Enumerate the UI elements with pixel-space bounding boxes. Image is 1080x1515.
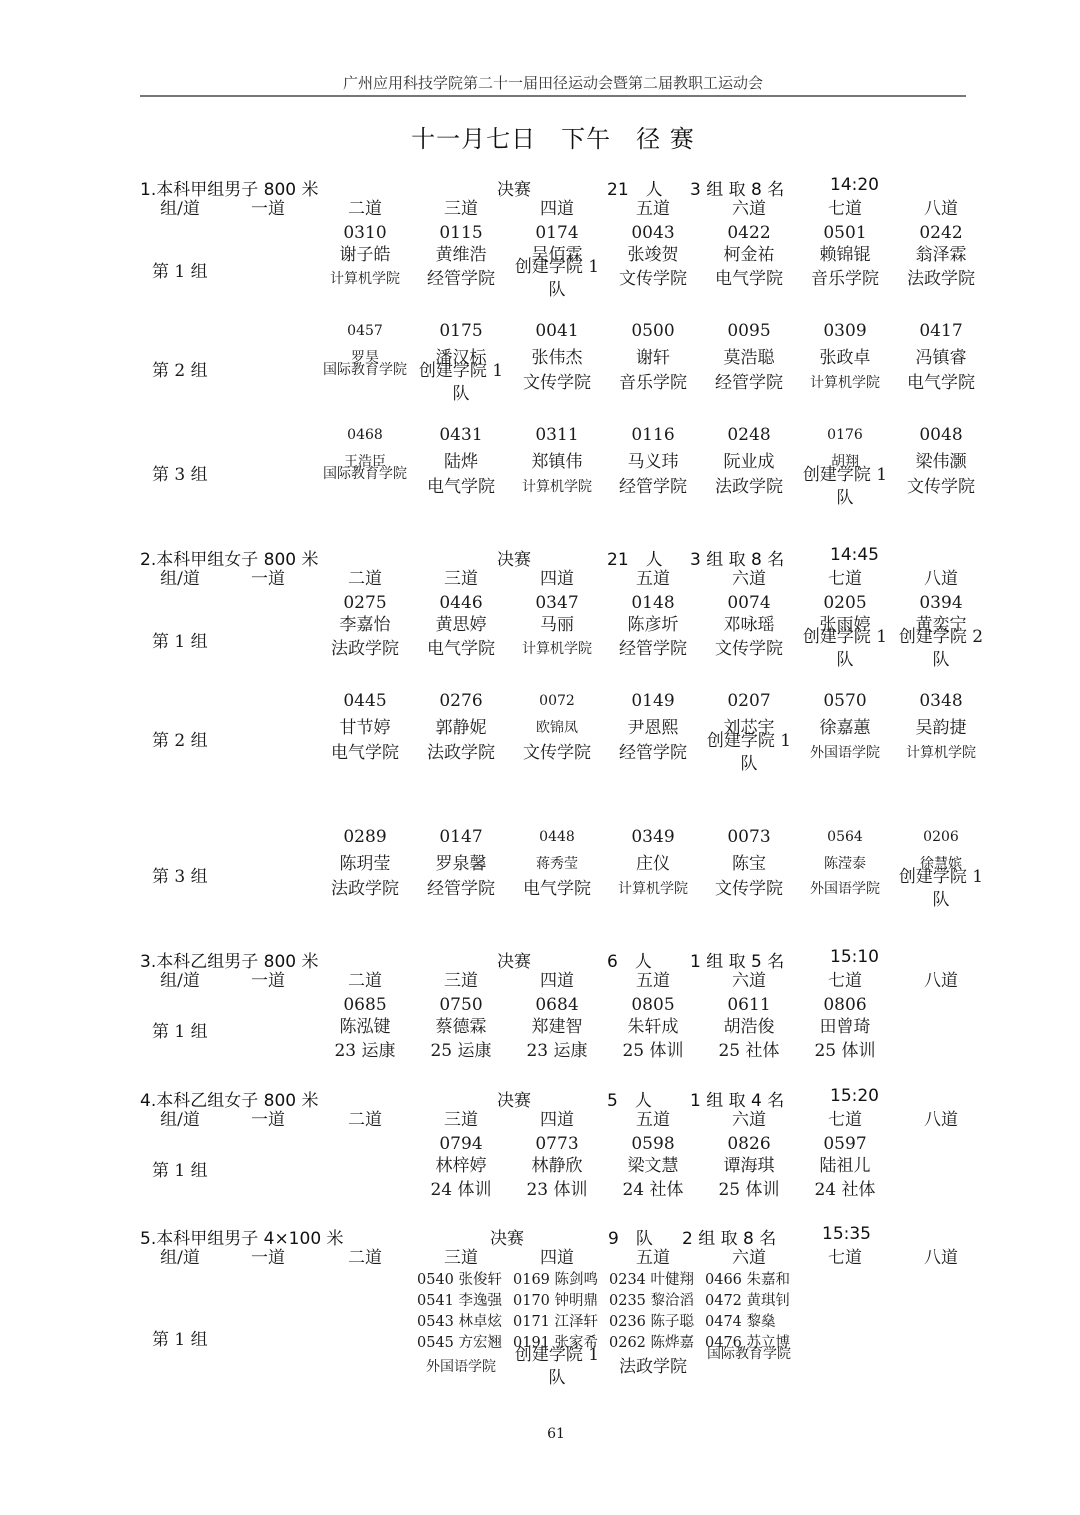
athlete-bib: 0445 — [343, 690, 386, 712]
athlete-name: 陈泓键 — [340, 1016, 391, 1038]
relay-member: 0236 陈子聪 — [609, 1312, 694, 1333]
relay-member: 0472 黄琪钊 — [705, 1291, 790, 1312]
lane-header: 三道 — [444, 1109, 478, 1131]
lane-header: 六道 — [732, 970, 766, 992]
relay-member: 0170 钟明鼎 — [513, 1291, 598, 1312]
athlete-bib: 0598 — [631, 1133, 674, 1155]
athlete-name: 欧锦凤 — [536, 717, 578, 739]
athlete-unit: 创建学院 1 队 — [800, 626, 890, 672]
athlete-name: 梁文慧 — [628, 1155, 679, 1177]
athlete-unit: 文传学院 — [715, 638, 783, 660]
athlete-name: 陈滢泰 — [824, 853, 866, 875]
athlete-name: 陈玥莹 — [340, 853, 391, 875]
athlete-name: 邓咏瑶 — [724, 614, 775, 636]
lane-header: 七道 — [828, 198, 862, 220]
athlete-bib: 0309 — [823, 320, 866, 342]
lane-header: 二道 — [348, 1109, 382, 1131]
event-groups-advance: 3 组 取 8 名 — [690, 545, 784, 570]
athlete-name: 陈宝 — [732, 853, 766, 875]
lane-header: 组/道 — [160, 1247, 200, 1269]
event-title: 1.本科甲组男子 800 米 — [140, 175, 318, 200]
athlete-name: 冯镇睿 — [916, 347, 967, 369]
athlete-unit: 电气学院 — [427, 476, 495, 498]
event-entrant-count: 6 人 — [607, 947, 652, 972]
event-groups-advance: 1 组 取 5 名 — [690, 947, 784, 972]
athlete-unit: 经管学院 — [427, 268, 495, 290]
athlete-unit: 法政学院 — [907, 268, 975, 290]
athlete-unit: 24 体训 — [430, 1179, 491, 1201]
group-label: 第 3 组 — [152, 460, 208, 485]
lane-header: 一道 — [251, 970, 285, 992]
lane-header: 一道 — [251, 1247, 285, 1269]
lane-header: 六道 — [732, 1109, 766, 1131]
lane-header: 二道 — [348, 970, 382, 992]
athlete-name: 林梓婷 — [436, 1155, 487, 1177]
lane-header: 四道 — [540, 1109, 574, 1131]
relay-team-unit: 外国语学院 — [426, 1356, 496, 1378]
event-entrant-count: 21 人 — [607, 175, 663, 200]
athlete-bib: 0095 — [727, 320, 770, 342]
athlete-bib: 0048 — [919, 424, 962, 446]
relay-member: 0543 林卓炫 — [417, 1312, 502, 1333]
athlete-bib: 0347 — [535, 592, 578, 614]
athlete-name: 阮业成 — [724, 451, 775, 473]
athlete-bib: 0207 — [727, 690, 770, 712]
page-title: 十一月七日 下午 径 赛 — [0, 119, 1080, 154]
event-round: 决赛 — [497, 545, 531, 570]
athlete-unit: 经管学院 — [427, 878, 495, 900]
event-start-time: 15:10 — [830, 947, 879, 967]
athlete-unit: 创建学院 1 队 — [800, 464, 890, 510]
athlete-bib: 0750 — [439, 994, 482, 1016]
athlete-bib: 0311 — [535, 424, 578, 446]
athlete-unit: 23 运康 — [526, 1040, 587, 1062]
lane-header: 四道 — [540, 198, 574, 220]
athlete-name: 蔡德霖 — [436, 1016, 487, 1038]
lane-header: 七道 — [828, 1109, 862, 1131]
athlete-unit: 电气学院 — [715, 268, 783, 290]
athlete-bib: 0500 — [631, 320, 674, 342]
group-label: 第 1 组 — [152, 627, 208, 652]
athlete-bib: 0275 — [343, 592, 386, 614]
relay-team-unit: 法政学院 — [619, 1356, 687, 1378]
athlete-bib: 0446 — [439, 592, 482, 614]
athlete-unit: 电气学院 — [523, 878, 591, 900]
lane-header: 八道 — [924, 568, 958, 590]
athlete-unit: 25 社体 — [718, 1040, 779, 1062]
athlete-unit: 国际教育学院 — [323, 464, 407, 485]
athlete-unit: 23 运康 — [334, 1040, 395, 1062]
athlete-unit: 创建学院 2 队 — [896, 626, 986, 672]
athlete-bib: 0276 — [439, 690, 482, 712]
event-round: 决赛 — [497, 947, 531, 972]
athlete-unit: 计算机学院 — [618, 878, 688, 900]
athlete-unit: 经管学院 — [715, 372, 783, 394]
lane-header: 二道 — [348, 568, 382, 590]
relay-team-unit: 创建学院 1 队 — [512, 1344, 602, 1390]
group-label: 第 1 组 — [152, 1325, 208, 1350]
event-start-time: 15:35 — [822, 1224, 871, 1244]
athlete-name: 罗泉馨 — [436, 853, 487, 875]
athlete-bib: 0248 — [727, 424, 770, 446]
athlete-name: 郭静妮 — [436, 717, 487, 739]
lane-header: 八道 — [924, 198, 958, 220]
lane-header: 组/道 — [160, 198, 200, 220]
event-title: 2.本科甲组女子 800 米 — [140, 545, 318, 570]
athlete-name: 张竣贺 — [628, 244, 679, 266]
athlete-bib: 0205 — [823, 592, 866, 614]
event-title: 5.本科甲组男子 4×100 米 — [140, 1224, 344, 1249]
lane-header: 七道 — [828, 568, 862, 590]
athlete-unit: 文传学院 — [619, 268, 687, 290]
lane-header: 五道 — [636, 568, 670, 590]
athlete-bib: 0242 — [919, 222, 962, 244]
athlete-name: 赖锦锟 — [820, 244, 871, 266]
relay-member: 0234 叶健翔 — [609, 1270, 694, 1291]
athlete-bib: 0289 — [343, 826, 386, 848]
athlete-name: 郑镇伟 — [532, 451, 583, 473]
relay-member: 0545 方宏翘 — [417, 1333, 502, 1354]
athlete-bib: 0206 — [923, 826, 959, 848]
athlete-name: 马义玮 — [628, 451, 679, 473]
relay-member: 0171 江泽轩 — [513, 1312, 598, 1333]
athlete-name: 谢轩 — [636, 347, 670, 369]
athlete-bib: 0043 — [631, 222, 674, 244]
athlete-unit: 文传学院 — [715, 878, 783, 900]
athlete-unit: 文传学院 — [907, 476, 975, 498]
lane-header: 三道 — [444, 568, 478, 590]
athlete-unit: 创建学院 1 队 — [896, 866, 986, 912]
event-round: 决赛 — [497, 175, 531, 200]
event-start-time: 15:20 — [830, 1086, 879, 1106]
athlete-name: 甘节婷 — [340, 717, 391, 739]
relay-member: 0474 黎燊 — [705, 1312, 776, 1333]
lane-header: 四道 — [540, 970, 574, 992]
athlete-unit: 法政学院 — [331, 878, 399, 900]
athlete-bib: 0826 — [727, 1133, 770, 1155]
athlete-name: 梁伟灏 — [916, 451, 967, 473]
athlete-unit: 计算机学院 — [330, 268, 400, 290]
lane-header: 五道 — [636, 1109, 670, 1131]
event-entrant-count: 5 人 — [607, 1086, 652, 1111]
athlete-unit: 经管学院 — [619, 476, 687, 498]
athlete-bib: 0457 — [347, 320, 383, 342]
athlete-name: 吴韵捷 — [916, 717, 967, 739]
athlete-name: 谢子皓 — [340, 244, 391, 266]
athlete-bib: 0074 — [727, 592, 770, 614]
athlete-unit: 创建学院 1 队 — [512, 256, 602, 302]
group-label: 第 2 组 — [152, 726, 208, 751]
athlete-name: 莫浩聪 — [724, 347, 775, 369]
athlete-name: 翁泽霖 — [916, 244, 967, 266]
athlete-unit: 电气学院 — [907, 372, 975, 394]
athlete-unit: 音乐学院 — [619, 372, 687, 394]
lane-header: 五道 — [636, 970, 670, 992]
event-start-time: 14:20 — [830, 175, 879, 195]
lane-header: 组/道 — [160, 1109, 200, 1131]
lane-header: 一道 — [251, 568, 285, 590]
athlete-unit: 创建学院 1 队 — [704, 730, 794, 776]
athlete-unit: 法政学院 — [427, 742, 495, 764]
lane-header: 六道 — [732, 568, 766, 590]
page-number: 61 — [0, 1426, 1080, 1442]
group-label: 第 1 组 — [152, 1017, 208, 1042]
group-label: 第 1 组 — [152, 257, 208, 282]
lane-header: 八道 — [924, 970, 958, 992]
athlete-bib: 0073 — [727, 826, 770, 848]
athlete-bib: 0805 — [631, 994, 674, 1016]
athlete-unit: 国际教育学院 — [323, 360, 407, 381]
athlete-unit: 音乐学院 — [811, 268, 879, 290]
event-entrant-count: 9 队 — [608, 1224, 653, 1249]
event-round: 决赛 — [497, 1086, 531, 1111]
athlete-name: 柯金祐 — [724, 244, 775, 266]
athlete-bib: 0417 — [919, 320, 962, 342]
athlete-unit: 创建学院 1 队 — [416, 360, 506, 406]
athlete-bib: 0115 — [439, 222, 482, 244]
athlete-bib: 0448 — [539, 826, 575, 848]
header-divider — [140, 95, 966, 97]
athlete-unit: 外国语学院 — [810, 878, 880, 900]
athlete-name: 林静欣 — [532, 1155, 583, 1177]
relay-member: 0541 李逸强 — [417, 1291, 502, 1312]
athlete-bib: 0570 — [823, 690, 866, 712]
lane-header: 四道 — [540, 568, 574, 590]
event-title: 3.本科乙组男子 800 米 — [140, 947, 318, 972]
athlete-unit: 经管学院 — [619, 638, 687, 660]
lane-header: 三道 — [444, 970, 478, 992]
group-label: 第 2 组 — [152, 356, 208, 381]
athlete-bib: 0175 — [439, 320, 482, 342]
athlete-bib: 0611 — [727, 994, 770, 1016]
athlete-bib: 0148 — [631, 592, 674, 614]
athlete-bib: 0422 — [727, 222, 770, 244]
athlete-name: 尹恩熙 — [628, 717, 679, 739]
athlete-unit: 23 体训 — [526, 1179, 587, 1201]
athlete-unit: 计算机学院 — [522, 638, 592, 660]
lane-header: 六道 — [732, 198, 766, 220]
athlete-unit: 文传学院 — [523, 742, 591, 764]
athlete-bib: 0431 — [439, 424, 482, 446]
relay-team-unit: 国际教育学院 — [707, 1344, 791, 1365]
lane-header: 五道 — [636, 1247, 670, 1269]
event-entrant-count: 21 人 — [607, 545, 663, 570]
athlete-bib: 0174 — [535, 222, 578, 244]
athlete-name: 黄维浩 — [436, 244, 487, 266]
athlete-unit: 计算机学院 — [522, 476, 592, 498]
athlete-bib: 0176 — [827, 424, 863, 446]
athlete-unit: 25 体训 — [622, 1040, 683, 1062]
athlete-bib: 0564 — [827, 826, 863, 848]
athlete-unit: 计算机学院 — [810, 372, 880, 394]
lane-header: 三道 — [444, 1247, 478, 1269]
relay-member: 0262 陈烨嘉 — [609, 1333, 694, 1354]
lane-header: 三道 — [444, 198, 478, 220]
relay-member: 0235 黎洽滔 — [609, 1291, 694, 1312]
athlete-name: 朱轩成 — [628, 1016, 679, 1038]
athlete-unit: 25 体训 — [718, 1179, 779, 1201]
athlete-name: 徐嘉蕙 — [820, 717, 871, 739]
lane-header: 一道 — [251, 1109, 285, 1131]
athlete-unit: 24 社体 — [814, 1179, 875, 1201]
event-groups-advance: 1 组 取 4 名 — [690, 1086, 784, 1111]
athlete-bib: 0041 — [535, 320, 578, 342]
athlete-bib: 0501 — [823, 222, 866, 244]
athlete-unit: 24 社体 — [622, 1179, 683, 1201]
lane-header: 组/道 — [160, 970, 200, 992]
athlete-name: 郑建智 — [532, 1016, 583, 1038]
athlete-name: 田曾琦 — [820, 1016, 871, 1038]
relay-member: 0466 朱嘉和 — [705, 1270, 790, 1291]
athlete-name: 谭海琪 — [724, 1155, 775, 1177]
athlete-bib: 0684 — [535, 994, 578, 1016]
athlete-bib: 0794 — [439, 1133, 482, 1155]
lane-header: 二道 — [348, 198, 382, 220]
athlete-bib: 0147 — [439, 826, 482, 848]
lane-header: 二道 — [348, 1247, 382, 1269]
athlete-name: 陆祖儿 — [820, 1155, 871, 1177]
athlete-unit: 电气学院 — [427, 638, 495, 660]
group-label: 第 1 组 — [152, 1156, 208, 1181]
athlete-unit: 文传学院 — [523, 372, 591, 394]
athlete-bib: 0349 — [631, 826, 674, 848]
athlete-name: 胡浩俊 — [724, 1016, 775, 1038]
athlete-unit: 经管学院 — [619, 742, 687, 764]
event-start-time: 14:45 — [830, 545, 879, 565]
athlete-bib: 0597 — [823, 1133, 866, 1155]
event-title: 4.本科乙组女子 800 米 — [140, 1086, 318, 1111]
document-header-title: 广州应用科技学院第二十一届田径运动会暨第二届教职工运动会 — [0, 72, 1080, 93]
lane-header: 组/道 — [160, 568, 200, 590]
athlete-bib: 0348 — [919, 690, 962, 712]
athlete-unit: 电气学院 — [331, 742, 399, 764]
athlete-unit: 计算机学院 — [906, 742, 976, 764]
lane-header: 八道 — [924, 1109, 958, 1131]
athlete-bib: 0072 — [539, 690, 575, 712]
athlete-bib: 0149 — [631, 690, 674, 712]
event-groups-advance: 2 组 取 8 名 — [682, 1224, 776, 1249]
athlete-unit: 法政学院 — [715, 476, 783, 498]
athlete-bib: 0468 — [347, 424, 383, 446]
lane-header: 七道 — [828, 970, 862, 992]
event-round: 决赛 — [490, 1224, 524, 1249]
athlete-bib: 0773 — [535, 1133, 578, 1155]
lane-header: 一道 — [251, 198, 285, 220]
athlete-name: 庄仪 — [636, 853, 670, 875]
athlete-unit: 外国语学院 — [810, 742, 880, 764]
relay-member: 0540 张俊轩 — [417, 1270, 502, 1291]
athlete-name: 黄思婷 — [436, 614, 487, 636]
athlete-bib: 0806 — [823, 994, 866, 1016]
athlete-bib: 0685 — [343, 994, 386, 1016]
group-label: 第 3 组 — [152, 862, 208, 887]
athlete-name: 马丽 — [540, 614, 574, 636]
athlete-unit: 法政学院 — [331, 638, 399, 660]
lane-header: 七道 — [828, 1247, 862, 1269]
relay-member: 0169 陈剑鸣 — [513, 1270, 598, 1291]
athlete-unit: 25 体训 — [814, 1040, 875, 1062]
athlete-bib: 0310 — [343, 222, 386, 244]
lane-header: 四道 — [540, 1247, 574, 1269]
athlete-bib: 0116 — [631, 424, 674, 446]
athlete-name: 张伟杰 — [532, 347, 583, 369]
athlete-name: 李嘉怡 — [340, 614, 391, 636]
lane-header: 五道 — [636, 198, 670, 220]
event-groups-advance: 3 组 取 8 名 — [690, 175, 784, 200]
athlete-name: 陆烨 — [444, 451, 478, 473]
athlete-bib: 0394 — [919, 592, 962, 614]
lane-header: 八道 — [924, 1247, 958, 1269]
athlete-name: 陈彦圻 — [628, 614, 679, 636]
athlete-unit: 25 运康 — [430, 1040, 491, 1062]
lane-header: 六道 — [732, 1247, 766, 1269]
athlete-name: 蒋秀莹 — [536, 853, 578, 875]
athlete-name: 张政卓 — [820, 347, 871, 369]
